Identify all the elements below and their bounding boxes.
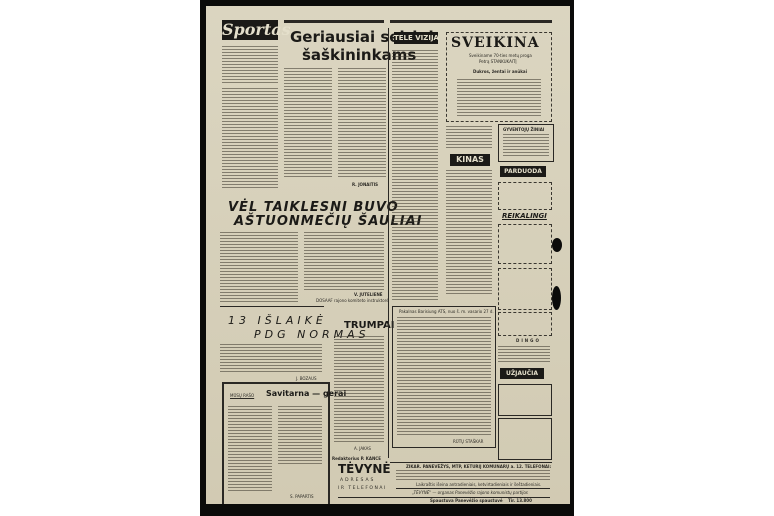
pdg-author: J. BOZAUS xyxy=(296,376,317,381)
sports-intro-text xyxy=(222,46,278,84)
sale-ad xyxy=(498,182,552,210)
pdg-rule xyxy=(220,306,324,307)
footer-title: TĖVYNĖ xyxy=(338,462,391,476)
punch-hole-top xyxy=(552,238,562,252)
footer-rule xyxy=(390,462,552,463)
needed-ad-2 xyxy=(498,268,552,310)
footer-sub2: IR TELEFONAI xyxy=(338,486,387,491)
tv-logo: TELE VIZIJA xyxy=(394,32,438,44)
top-rule xyxy=(284,20,384,23)
shooters-author: V. JUTELIENĖ xyxy=(354,292,383,297)
shooters-text-col1 xyxy=(220,232,298,302)
trumpai-headline: TRUMPAI xyxy=(344,320,394,331)
lost-heading: DINGO xyxy=(516,338,541,343)
needed-logo: REIKALINGI xyxy=(502,212,547,220)
greeting-wish: Dukros, žentai ir anūkai xyxy=(473,69,527,74)
section-logo-sportas: Sportas xyxy=(222,20,278,40)
pdg-headline-1: 13 IŠLAIKĖ xyxy=(228,314,327,327)
lost-text xyxy=(498,346,550,364)
greeting-box: SVEIKINA Sveikiname 70-ties metų proga P… xyxy=(446,32,552,122)
column-divider xyxy=(388,28,389,458)
summary-intro: Pakalnas Barisiung ATS, nuo š. m. vasari… xyxy=(399,309,494,314)
kino-logo: KINAS xyxy=(450,154,490,166)
savitarna-author: S. PAPARTIS xyxy=(290,494,314,499)
newspaper-page: Sportas Geriausiai sekėsi šaškininkams R… xyxy=(206,6,570,504)
savitarna-text-col2 xyxy=(278,406,322,464)
greeting-headline: SVEIKINA xyxy=(451,35,540,51)
savitarna-kicker: MŪSŲ RAŠO xyxy=(230,393,254,398)
printer-credit: Spaustuva Panevėžio spaustuvė xyxy=(430,498,503,503)
summary-rows xyxy=(397,317,491,437)
info-text xyxy=(503,134,549,158)
shooters-org: DOSAAF rajono komiteto instruktorė xyxy=(316,298,389,303)
footer-sub1: ADRESAS xyxy=(340,478,375,483)
info-box: GYVENTOJŲ ŽINIAI xyxy=(498,124,554,162)
greeting-line1: Sveikiname 70-ties metų proga xyxy=(469,53,532,58)
shooters-text-col2 xyxy=(304,232,384,292)
footer-phones xyxy=(396,470,550,480)
editor-credit: Redaktorius P. KANCE xyxy=(332,456,381,461)
condolence-ad-1 xyxy=(498,384,552,416)
shooters-headline-1: VĖL TAIKLESNI BUVO xyxy=(228,200,399,215)
tv-schedule xyxy=(392,50,438,300)
publisher-note: „TĖVYNĖ" — organas Panevėžio rajono komu… xyxy=(412,490,528,495)
summary-table-box: Pakalnas Barisiung ATS, nuo š. m. vasari… xyxy=(392,306,496,448)
condolence-logo: UŽJAUČIA xyxy=(500,368,544,379)
condolence-ad-2 xyxy=(498,418,552,460)
tv-top-rule xyxy=(390,20,552,23)
needed-ad-1 xyxy=(498,224,552,264)
sports-column-text xyxy=(222,88,278,188)
savitarna-text-col1 xyxy=(228,406,272,492)
trumpai-author: A. JAKAS xyxy=(354,446,371,451)
cinema-listings xyxy=(446,170,492,296)
footer-note: Laikraštis išeina antradieniais, ketvirt… xyxy=(416,482,541,487)
checkers-author: R. JONAITIS xyxy=(352,182,378,187)
pdg-text xyxy=(220,344,322,374)
punch-hole-bottom xyxy=(552,286,561,310)
greeting-text xyxy=(457,79,541,117)
sale-logo: PARDUODA xyxy=(500,166,546,177)
circulation: Tir. 13.800 xyxy=(508,498,532,503)
summary-signoff: RŪTŲ STAŠKAR xyxy=(453,439,483,444)
footer-rule-2 xyxy=(396,488,550,489)
footer-address: ZIKAR. PANEVĖŽYS, MTP, KETURIJ KOMUNARŲ … xyxy=(406,464,551,469)
tv-schedule-right xyxy=(446,126,492,150)
checkers-text-col1 xyxy=(284,68,332,178)
savitarna-box: MŪSŲ RAŠO Savitarna — gerai S. PAPARTIS xyxy=(222,382,330,504)
greeting-line2: Petrą STANKUKAITĮ xyxy=(479,59,517,64)
trumpai-text xyxy=(334,336,384,444)
needed-ad-3 xyxy=(498,312,552,336)
checkers-text-col2 xyxy=(338,68,386,178)
info-heading: GYVENTOJŲ ŽINIAI xyxy=(503,127,544,132)
